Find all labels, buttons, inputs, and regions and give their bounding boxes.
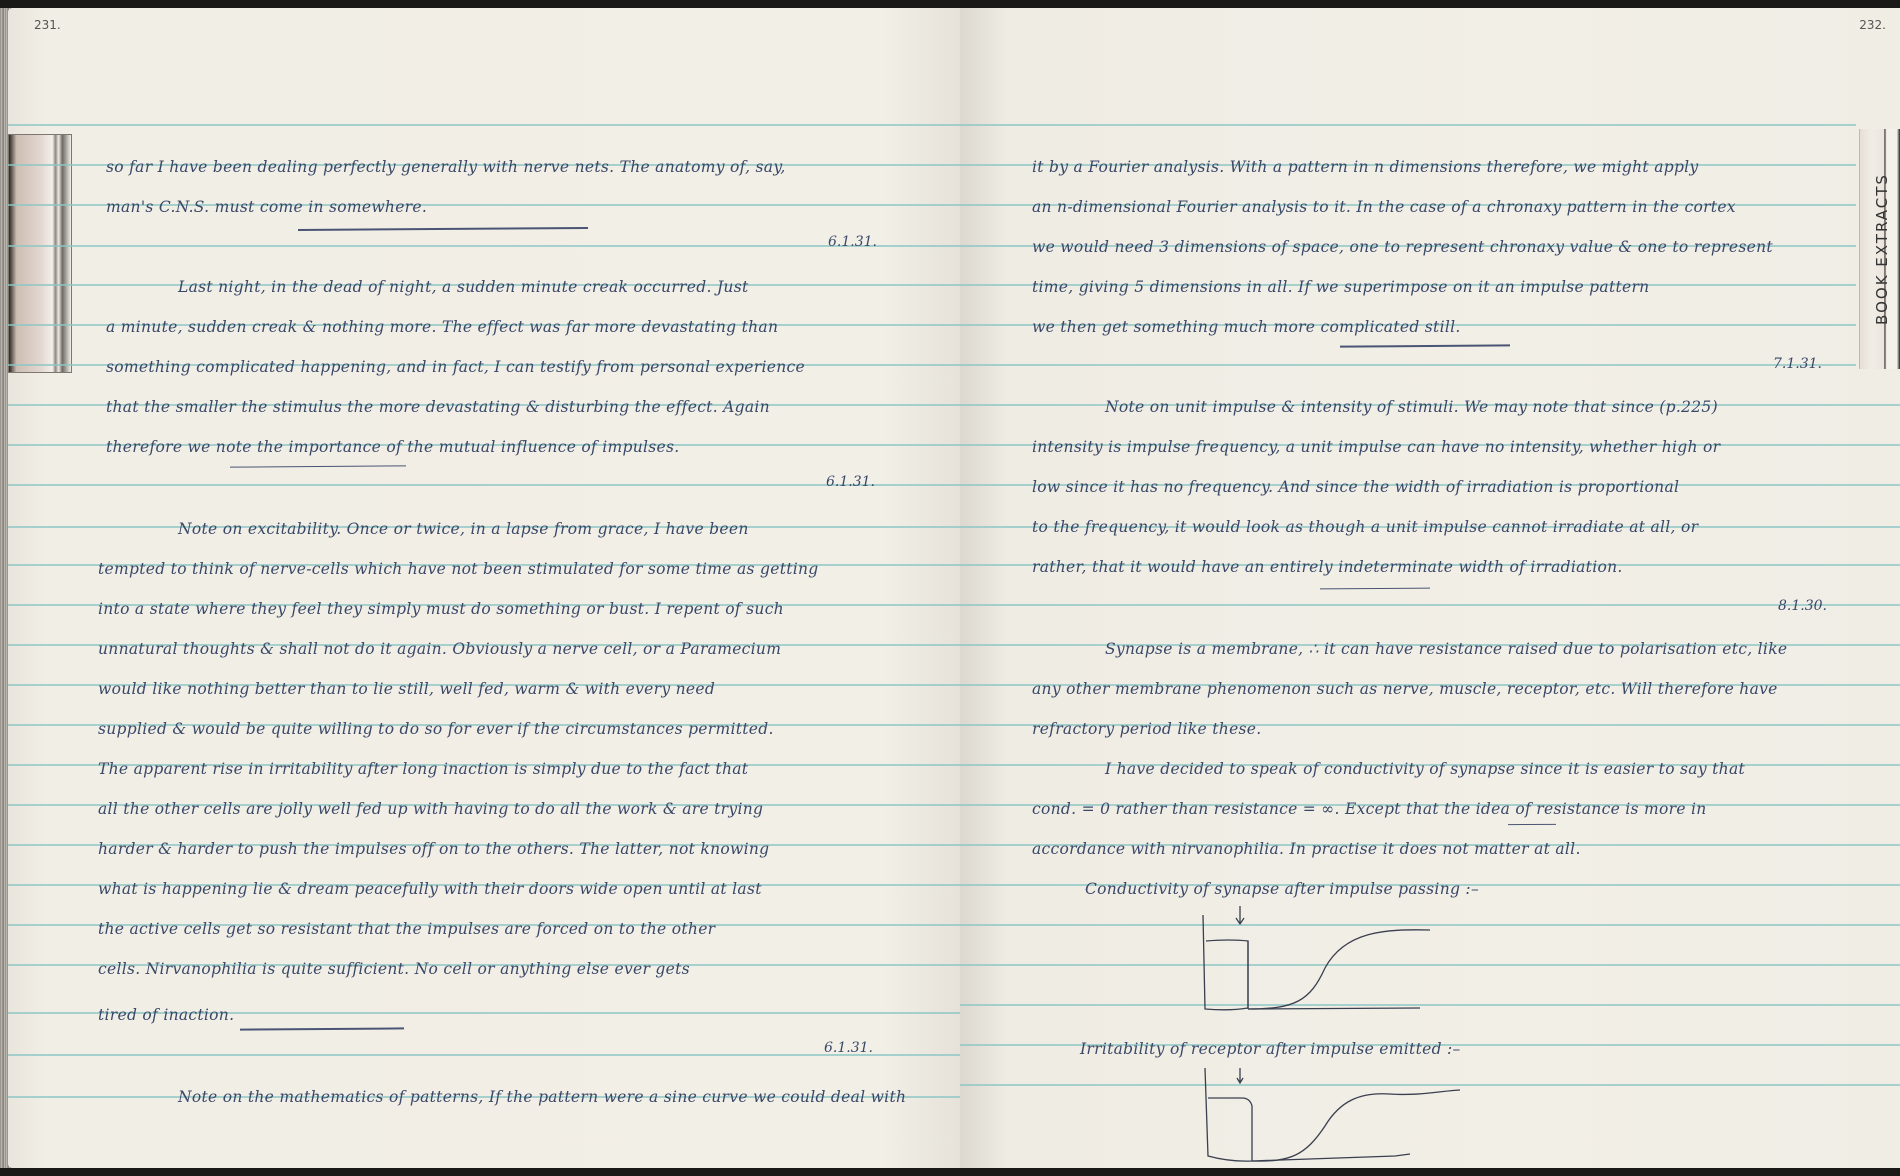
conductivity-graph (1200, 903, 1560, 1013)
entry-date: 7.1.31. (1773, 356, 1822, 372)
text-line: tired of inaction. (98, 1006, 234, 1024)
text-line: any other membrane phenomenon such as ne… (1032, 680, 1778, 698)
entry-date: 8.1.30. (1778, 598, 1827, 614)
underline-mark (1320, 588, 1430, 590)
text-line: supplied & would be quite willing to do … (98, 720, 774, 738)
entry-date: 6.1.31. (824, 1040, 873, 1056)
text-line: time, giving 5 dimensions in all. If we … (1032, 278, 1649, 296)
left-page: 231. so far I have been dealing perfectl… (8, 8, 960, 1168)
text-line: the active cells get so resistant that t… (98, 920, 715, 938)
section-divider (1340, 344, 1510, 347)
right-page: 232. BOOK EXTRACTS it by a Fourier analy… (960, 8, 1900, 1168)
arrow-down-icon (1236, 906, 1244, 924)
page-number-left: 231. (34, 18, 61, 32)
text-line: cells. Nirvanophilia is quite sufficient… (98, 960, 690, 978)
text-line: therefore we note the importance of the … (106, 438, 680, 456)
page-number-right: 232. (1859, 18, 1886, 32)
section-divider (298, 227, 588, 231)
irritability-graph (1200, 1066, 1560, 1166)
text-line: man's C.N.S. must come in somewhere. (106, 198, 427, 216)
tab-label: BOOK EXTRACTS (1870, 134, 1894, 364)
sketch-caption: Conductivity of synapse after impulse pa… (1085, 880, 1479, 898)
text-line: cond. = 0 rather than resistance = ∞. Ex… (1032, 800, 1707, 818)
text-line: we then get something much more complica… (1032, 318, 1461, 336)
text-line: low since it has no frequency. And since… (1032, 478, 1679, 496)
text-line: a minute, sudden creak & nothing more. T… (106, 318, 778, 336)
entry-date: 6.1.31. (826, 474, 875, 490)
text-line: we would need 3 dimensions of space, one… (1032, 238, 1773, 256)
text-line: into a state where they feel they simply… (98, 600, 784, 618)
text-line: tempted to think of nerve-cells which ha… (98, 560, 819, 578)
text-line: refractory period like these. (1032, 720, 1262, 738)
text-line: Note on unit impulse & intensity of stim… (1105, 398, 1718, 416)
text-line: something complicated happening, and in … (106, 358, 805, 376)
text-line: so far I have been dealing perfectly gen… (106, 158, 786, 176)
text-line: Last night, in the dead of night, a sudd… (178, 278, 749, 296)
text-line: would like nothing better than to lie st… (98, 680, 715, 698)
text-line: rather, that it would have an entirely i… (1032, 558, 1623, 576)
arrow-down-icon (1237, 1068, 1243, 1083)
text-line: that the smaller the stimulus the more d… (106, 398, 770, 416)
text-line: all the other cells are jolly well fed u… (98, 800, 763, 818)
left-index-tab (8, 134, 72, 373)
text-line: intensity is impulse frequency, a unit i… (1032, 438, 1720, 456)
entry-date: 6.1.31. (828, 234, 877, 250)
text-line: what is happening lie & dream peacefully… (98, 880, 762, 898)
text-line: Note on excitability. Once or twice, in … (178, 520, 749, 538)
text-line: The apparent rise in irritability after … (98, 760, 748, 778)
text-line: I have decided to speak of conductivity … (1105, 760, 1745, 778)
text-line: to the frequency, it would look as thoug… (1032, 518, 1698, 536)
text-line: accordance with nirvanophilia. In practi… (1032, 840, 1581, 858)
text-line: an n-dimensional Fourier analysis to it.… (1032, 198, 1736, 216)
text-line: harder & harder to push the impulses off… (98, 840, 769, 858)
axis-and-pulse (1203, 915, 1248, 1010)
text-line: Note on the mathematics of patterns, If … (178, 1088, 906, 1106)
text-line: it by a Fourier analysis. With a pattern… (1032, 158, 1699, 176)
sketch-caption: Irritability of receptor after impulse e… (1080, 1040, 1461, 1058)
underline-mark (1508, 824, 1556, 826)
text-line: Synapse is a membrane, ∴ it can have res… (1105, 640, 1787, 658)
text-line: unnatural thoughts & shall not do it aga… (98, 640, 781, 658)
underline-mark (230, 465, 406, 467)
section-divider (240, 1027, 404, 1030)
